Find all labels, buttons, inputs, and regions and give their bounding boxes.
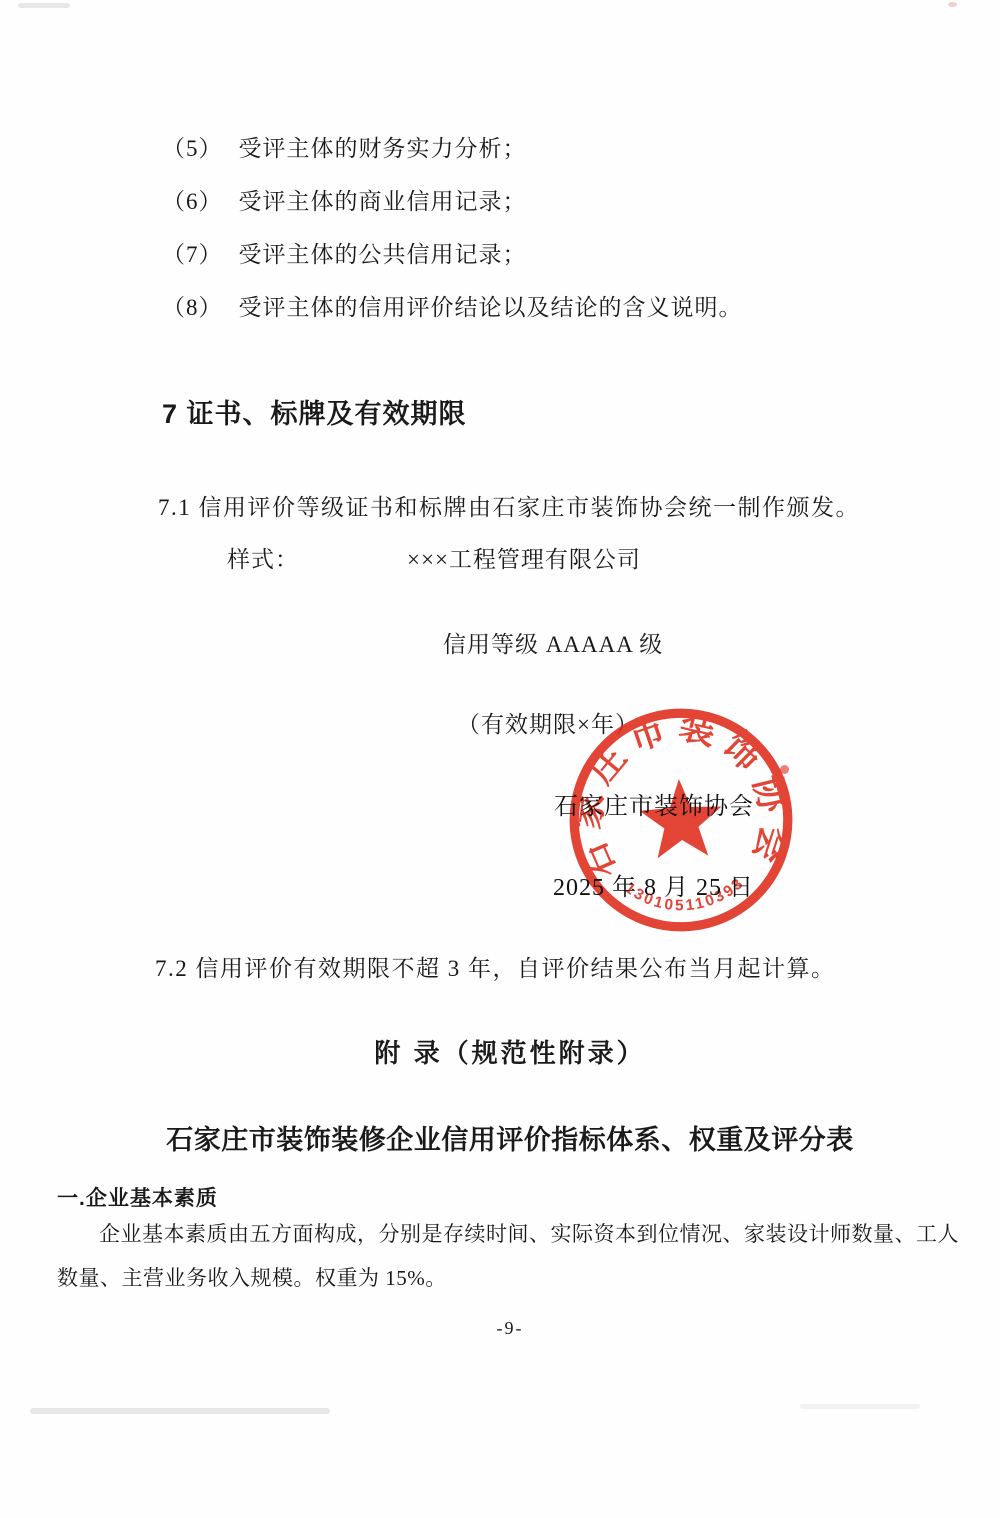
page-number: -9- — [20, 1318, 1000, 1339]
list-item-text: 受评主体的公共信用记录； — [239, 236, 527, 269]
document-page: （5） 受评主体的财务实力分析； （6） 受评主体的商业信用记录； （7） 受评… — [0, 0, 1000, 1518]
issue-date: 2025 年 8 月 25 日 — [553, 867, 754, 902]
scan-artifact — [800, 1404, 920, 1409]
scan-artifact — [18, 3, 70, 8]
list-item-number: （8） — [162, 289, 223, 322]
appendix-section-1-heading: 一.企业基本素质 — [57, 1182, 218, 1212]
issuer-name: 石家庄市装饰协会 — [554, 786, 754, 821]
list-item: （6） 受评主体的商业信用记录； — [162, 183, 527, 216]
ink-speck — [948, 2, 957, 7]
clause-7-2: 7.2 信用评价有效期限不超 3 年，自评价结果公布当月起计算。 — [155, 950, 836, 983]
list-item: （8） 受评主体的信用评价结论以及结论的含义说明。 — [162, 289, 743, 322]
list-item-text: 受评主体的财务实力分析； — [239, 130, 527, 163]
appendix-title: 石家庄市装饰装修企业信用评价指标体系、权重及评分表 — [20, 1118, 1000, 1157]
appendix-section-1-body: 企业基本素质由五方面构成，分别是存续时间、实际资本到位情况、家装设计师数量、工人… — [57, 1212, 959, 1300]
appendix-heading: 附 录（规范性附录） — [20, 1033, 1000, 1070]
list-item-number: （7） — [162, 236, 223, 269]
list-item-text: 受评主体的商业信用记录； — [239, 183, 527, 216]
scan-artifact — [30, 1408, 330, 1414]
section-7-heading: 7 证书、标牌及有效期限 — [162, 392, 467, 431]
certificate-company: ×××工程管理有限公司 — [407, 541, 641, 574]
certificate-grade: 信用等级 AAAAA 级 — [443, 626, 663, 659]
list-item: （7） 受评主体的公共信用记录； — [162, 236, 527, 269]
list-item-text: 受评主体的信用评价结论以及结论的含义说明。 — [239, 289, 743, 322]
clause-7-1: 7.1 信用评价等级证书和标牌由石家庄市装饰协会统一制作颁发。 — [158, 489, 860, 522]
list-item: （5） 受评主体的财务实力分析； — [162, 130, 527, 163]
list-item-number: （6） — [162, 183, 223, 216]
list-item-number: （5） — [162, 130, 223, 163]
sample-label: 样式： — [227, 541, 299, 574]
